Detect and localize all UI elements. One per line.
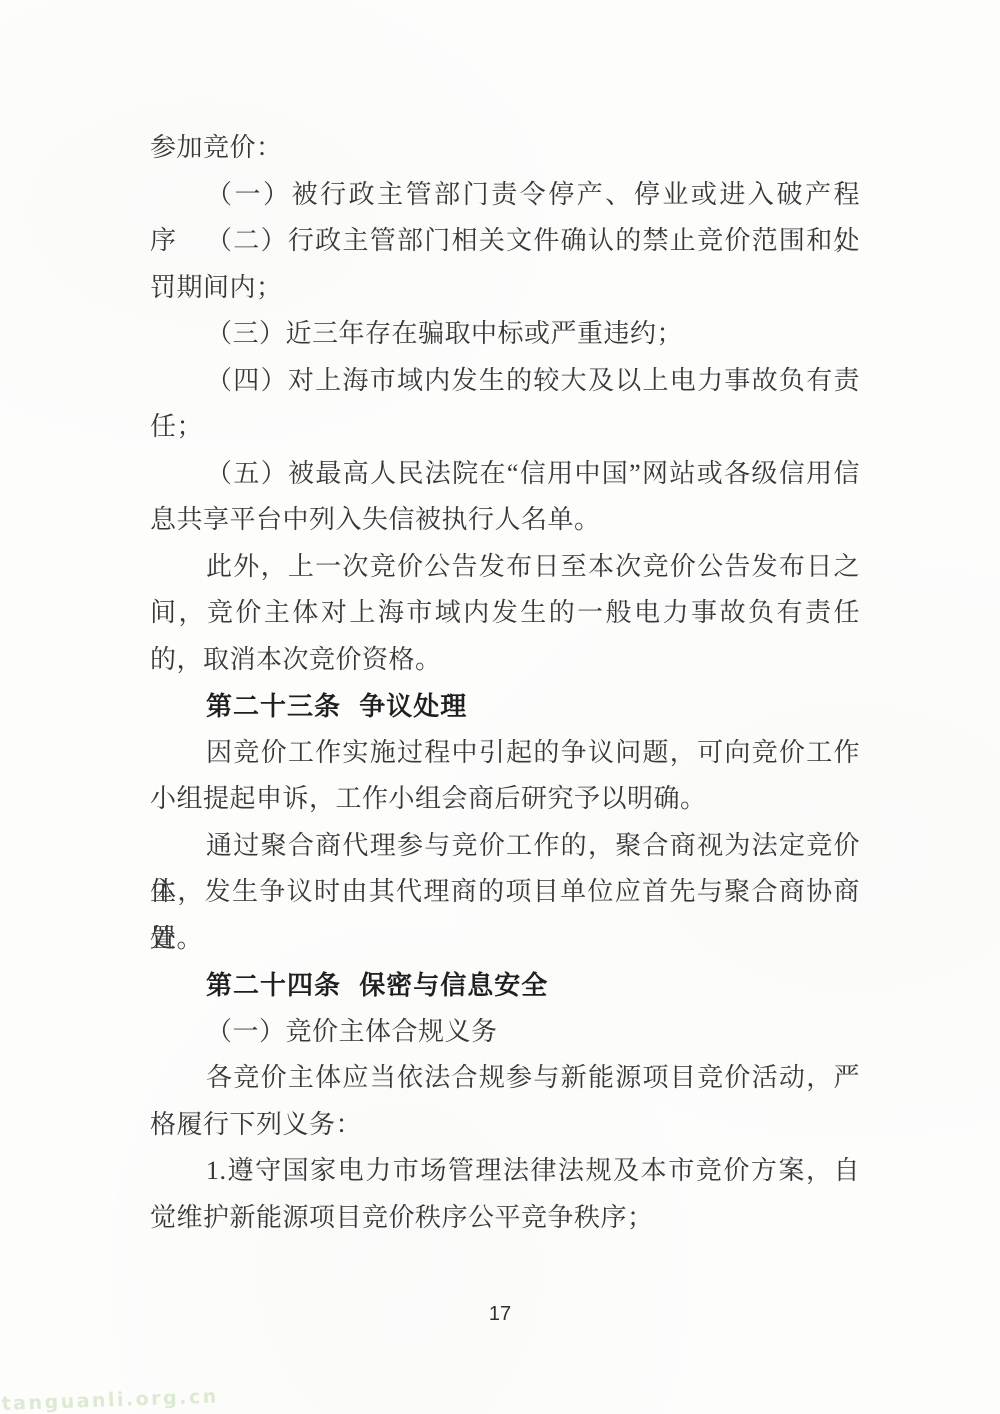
doc-line: 因竞价工作实施过程中引起的争议问题，可向竞价工作: [150, 730, 860, 777]
watermark: tanguanli.org.cn: [1, 1385, 219, 1414]
doc-line-clause-1: （一）被行政主管部门责令停产、停业或进入破产程序；: [150, 172, 860, 219]
doc-line: 体，发生争议时由其代理商的项目单位应首先与聚合商协商处: [150, 869, 860, 916]
doc-line: 小组提起申诉，工作小组会商后研究予以明确。: [150, 776, 860, 823]
article-24-heading: 第二十四条 保密与信息安全: [150, 962, 860, 1009]
doc-line: 息共享平台中列入失信被执行人名单。: [150, 497, 860, 544]
doc-line: 任；: [150, 404, 860, 451]
document-page: 参加竞价： （一）被行政主管部门责令停产、停业或进入破产程序； （二）行政主管部…: [0, 0, 1000, 1414]
doc-line-subclause: （一）竞价主体合规义务: [150, 1009, 860, 1056]
doc-line: 格履行下列义务：: [150, 1102, 860, 1149]
doc-line: 间，竞价主体对上海市域内发生的一般电力事故负有责任: [150, 590, 860, 637]
doc-line-clause-2: （二）行政主管部门相关文件确认的禁止竞价范围和处: [150, 218, 860, 265]
doc-line: 罚期间内；: [150, 265, 860, 312]
doc-line: 此外，上一次竞价公告发布日至本次竞价公告发布日之: [150, 544, 860, 591]
doc-line-clause-4: （四）对上海市域内发生的较大及以上电力事故负有责: [150, 358, 860, 405]
doc-line-clause-3: （三）近三年存在骗取中标或严重违约；: [150, 311, 860, 358]
article-23-heading: 第二十三条 争议处理: [150, 683, 860, 730]
doc-line: 参加竞价：: [150, 125, 860, 172]
doc-line: 置。: [150, 916, 860, 963]
doc-line: 的，取消本次竞价资格。: [150, 637, 860, 684]
page-number: 17: [0, 1303, 1000, 1326]
doc-line-item-1: 1.遵守国家电力市场管理法律法规及本市竞价方案，自: [150, 1148, 860, 1195]
doc-line-clause-5: （五）被最高人民法院在“信用中国”网站或各级信用信: [150, 451, 860, 498]
document-body: 参加竞价： （一）被行政主管部门责令停产、停业或进入破产程序； （二）行政主管部…: [150, 125, 860, 1241]
doc-line: 通过聚合商代理参与竞价工作的，聚合商视为法定竞价主: [150, 823, 860, 870]
doc-line: 觉维护新能源项目竞价秩序公平竞争秩序；: [150, 1195, 860, 1242]
doc-line: 各竞价主体应当依法合规参与新能源项目竞价活动，严: [150, 1055, 860, 1102]
